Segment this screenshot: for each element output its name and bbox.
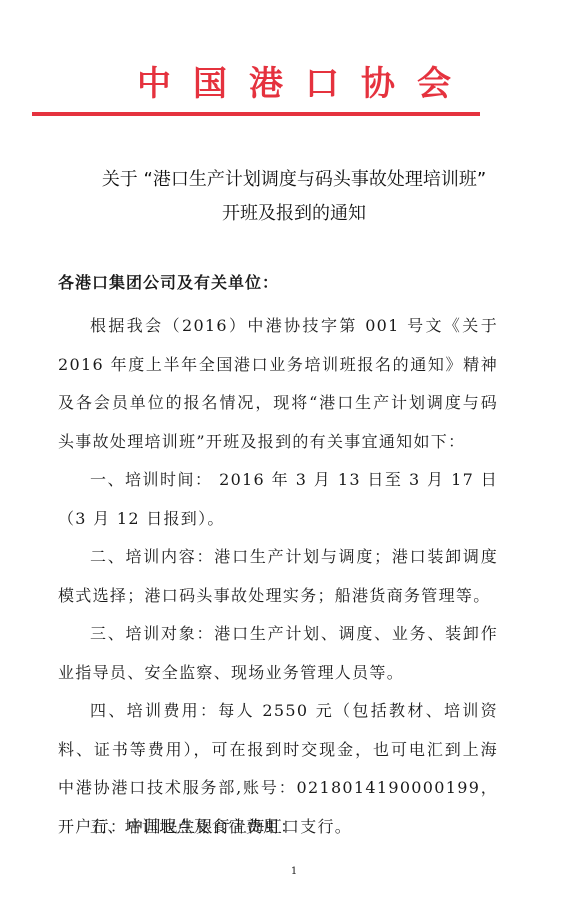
salutation: 各港口集团公司及有关单位： (58, 270, 279, 293)
organization-letterhead: 中国港口协会 (0, 56, 588, 105)
paragraph-location-accommodation: 五、培训地点及食宿费用： (58, 808, 498, 847)
paragraph-training-audience: 三、培训对象：港口生产计划、调度、业务、装卸作业指导员、安全监察、现场业务管理人… (58, 615, 498, 692)
paragraph-intro: 根据我会（2016）中港协技字第 001 号文《关于 2016 年度上半年全国港… (58, 307, 498, 461)
letterhead-divider (32, 112, 480, 116)
paragraph-training-time: 一、培训时间： 2016 年 3 月 13 日至 3 月 17 日（3 月 12… (58, 461, 498, 538)
page-number: 1 (0, 866, 588, 877)
document-title-line2: 开班及报到的通知 (0, 199, 588, 225)
document-title-line1: 关于 “港口生产计划调度与码头事故处理培训班” (0, 165, 588, 191)
paragraph-training-content: 二、培训内容：港口生产计划与调度；港口装卸调度模式选择；港口码头事故处理实务；船… (58, 538, 498, 615)
